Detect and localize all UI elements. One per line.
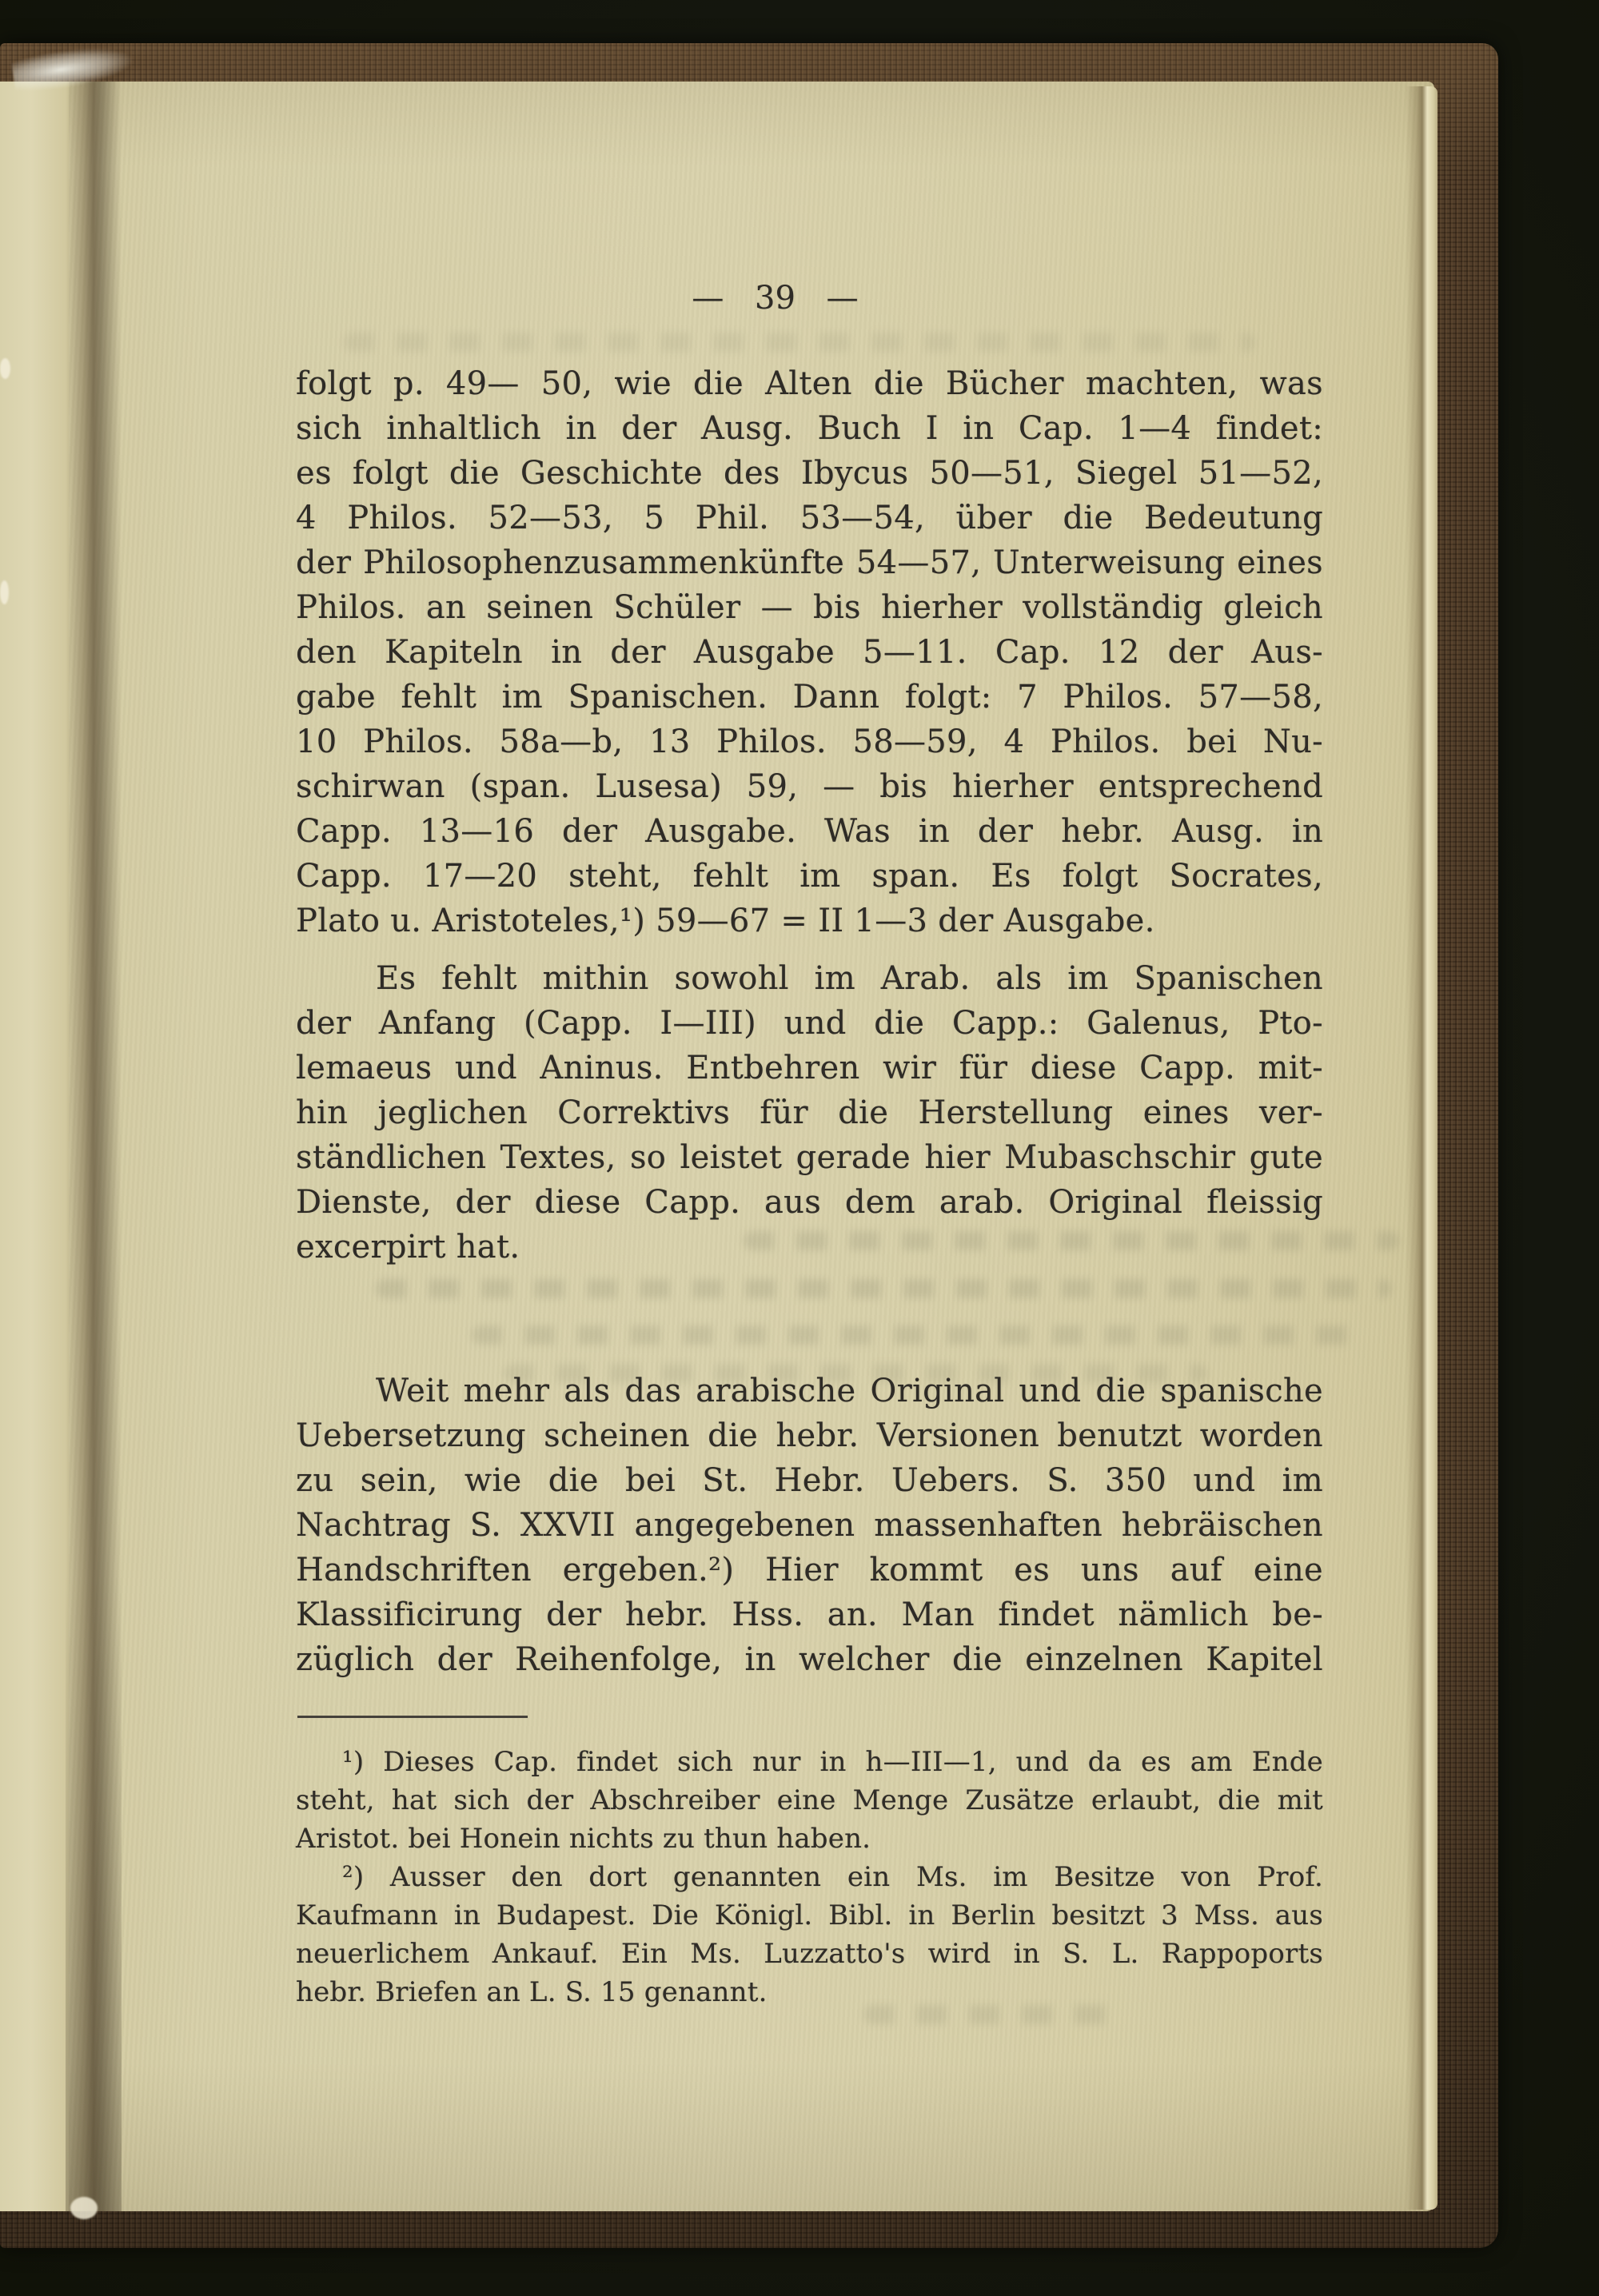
photo-speck <box>0 358 10 379</box>
text-line: Es fehlt mithin sowohl im Arab. als im S… <box>296 956 1323 1001</box>
text-line: der Philosophenzusammenkünfte 54—57, Unt… <box>296 540 1323 585</box>
text-line: 10 Philos. 58a—b, 13 Philos. 58—59, 4 Ph… <box>296 719 1323 764</box>
text-line: Dienste, der diese Capp. aus dem arab. O… <box>296 1180 1323 1225</box>
binding-gutter-shadow <box>66 82 122 2211</box>
footnote-2: ²) Ausser den dort genannten ein Ms. im … <box>296 1858 1323 2011</box>
text-line: ¹) Dieses Cap. findet sich nur in h—III—… <box>296 1743 1323 1781</box>
paragraph-3: Weit mehr als das arabische Original und… <box>296 1369 1323 1682</box>
photo-speck <box>0 580 9 604</box>
photo-speck <box>70 2197 98 2219</box>
text-line: gabe fehlt im Spanischen. Dann folgt: 7 … <box>296 675 1323 719</box>
text-line: steht, hat sich der Abschreiber eine Men… <box>296 1781 1323 1820</box>
text-line: excerpirt hat. <box>296 1225 1323 1270</box>
text-line: es folgt die Geschichte des Ibycus 50—51… <box>296 451 1323 496</box>
text-line: schirwan (span. Lusesa) 59, — bis hierhe… <box>296 764 1323 809</box>
text-line: zu sein, wie die bei St. Hebr. Uebers. S… <box>296 1458 1323 1503</box>
text-line: 4 Philos. 52—53, 5 Phil. 53—54, über die… <box>296 496 1323 540</box>
text-line: ²) Ausser den dort genannten ein Ms. im … <box>296 1858 1323 1896</box>
text-line: Capp. 17—20 steht, fehlt im span. Es fol… <box>296 854 1323 899</box>
text-line: ständlichen Textes, so leistet gerade hi… <box>296 1135 1323 1180</box>
text-line: Weit mehr als das arabische Original und… <box>296 1369 1323 1413</box>
text-line: Philos. an seinen Schüler — bis hierher … <box>296 585 1323 630</box>
text-line: züglich der Reihenfolge, in welcher die … <box>296 1637 1323 1682</box>
text-line: Capp. 13—16 der Ausgabe. Was in der hebr… <box>296 809 1323 854</box>
text-line: Aristot. bei Honein nichts zu thun haben… <box>296 1820 1323 1858</box>
text-line: Klassificirung der hebr. Hss. an. Man fi… <box>296 1592 1323 1637</box>
text-line: sich inhaltlich in der Ausg. Buch I in C… <box>296 406 1323 451</box>
page-number: — 39 — <box>261 280 1289 317</box>
text-line: den Kapiteln in der Ausgabe 5—11. Cap. 1… <box>296 630 1323 675</box>
facing-page-edge <box>0 82 69 2211</box>
footnote-separator <box>297 1716 528 1718</box>
text-line: neuerlichem Ankauf. Ein Ms. Luzzatto's w… <box>296 1935 1323 1973</box>
text-line: Plato u. Aristoteles,¹) 59—67 = II 1—3 d… <box>296 899 1323 943</box>
page-block-edge <box>1406 86 1438 2210</box>
text-line: Handschriften ergeben.²) Hier kommt es u… <box>296 1548 1323 1592</box>
text-line: lemaeus und Aninus. Entbehren wir für di… <box>296 1046 1323 1090</box>
text-line: hebr. Briefen an L. S. 15 genannt. <box>296 1973 1323 2011</box>
footnote-1: ¹) Dieses Cap. findet sich nur in h—III—… <box>296 1743 1323 1858</box>
text-line: folgt p. 49— 50, wie die Alten die Büche… <box>296 361 1323 406</box>
text-line: Uebersetzung scheinen die hebr. Versione… <box>296 1413 1323 1458</box>
text-line: Kaufmann in Budapest. Die Königl. Bibl. … <box>296 1896 1323 1935</box>
paragraph-1: folgt p. 49— 50, wie die Alten die Büche… <box>296 361 1323 943</box>
text-line: der Anfang (Capp. I—III) und die Capp.: … <box>296 1001 1323 1046</box>
ink-bleedthrough <box>344 333 1255 352</box>
ink-bleedthrough <box>376 1279 1391 1298</box>
text-line: hin jeglichen Correktivs für die Herstel… <box>296 1090 1323 1135</box>
text-line: Nachtrag S. XXVII angegebenen massenhaft… <box>296 1503 1323 1548</box>
ink-bleedthrough <box>472 1325 1367 1345</box>
paragraph-2: Es fehlt mithin sowohl im Arab. als im S… <box>296 956 1323 1270</box>
